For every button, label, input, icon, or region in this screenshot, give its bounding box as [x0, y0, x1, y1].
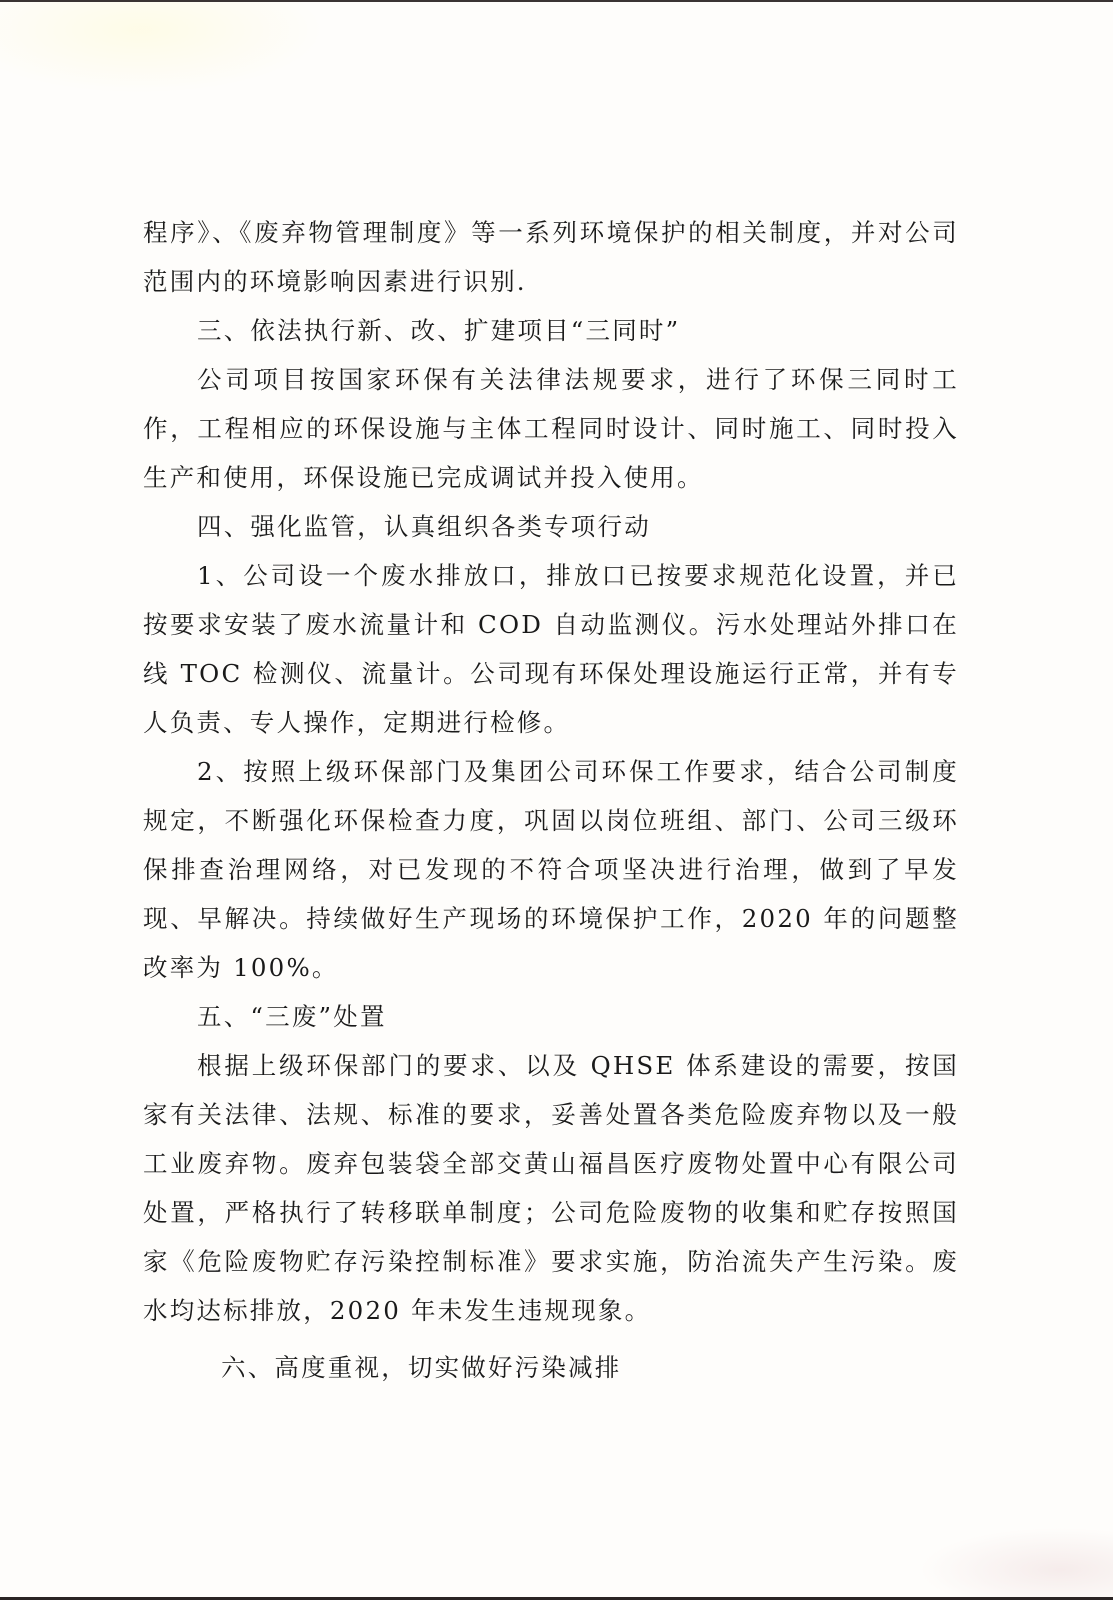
document-body: 程序》、《废弃物管理制度》等一系列环境保护的相关制度，并对公司范围内的环境影响因…: [143, 208, 959, 1392]
scanned-page: 程序》、《废弃物管理制度》等一系列环境保护的相关制度，并对公司范围内的环境影响因…: [0, 0, 1113, 1600]
section-heading-three-wastes: 五、“三废”处置: [143, 992, 959, 1041]
paragraph-waste-disposal: 根据上级环保部门的要求、以及 QHSE 体系建设的需要，按国家有关法律、法规、标…: [143, 1041, 959, 1335]
paragraph-wastewater-outlet: 1、公司设一个废水排放口，排放口已按要求规范化设置，并已按要求安装了废水流量计和…: [143, 551, 959, 747]
paragraph-inspection-network: 2、按照上级环保部门及集团公司环保工作要求，结合公司制度规定，不断强化环保检查力…: [143, 747, 959, 992]
paragraph-continuation-regulations: 程序》、《废弃物管理制度》等一系列环境保护的相关制度，并对公司范围内的环境影响因…: [143, 208, 959, 306]
scan-edge-top: [0, 0, 1113, 2]
section-heading-supervision: 四、强化监管，认真组织各类专项行动: [143, 502, 959, 551]
section-heading-three-simultaneous: 三、依法执行新、改、扩建项目“三同时”: [143, 306, 959, 355]
paragraph-three-simultaneous: 公司项目按国家环保有关法律法规要求，进行了环保三同时工作，工程相应的环保设施与主…: [143, 355, 959, 502]
section-heading-emission-reduction: 六、高度重视，切实做好污染减排: [143, 1343, 959, 1392]
